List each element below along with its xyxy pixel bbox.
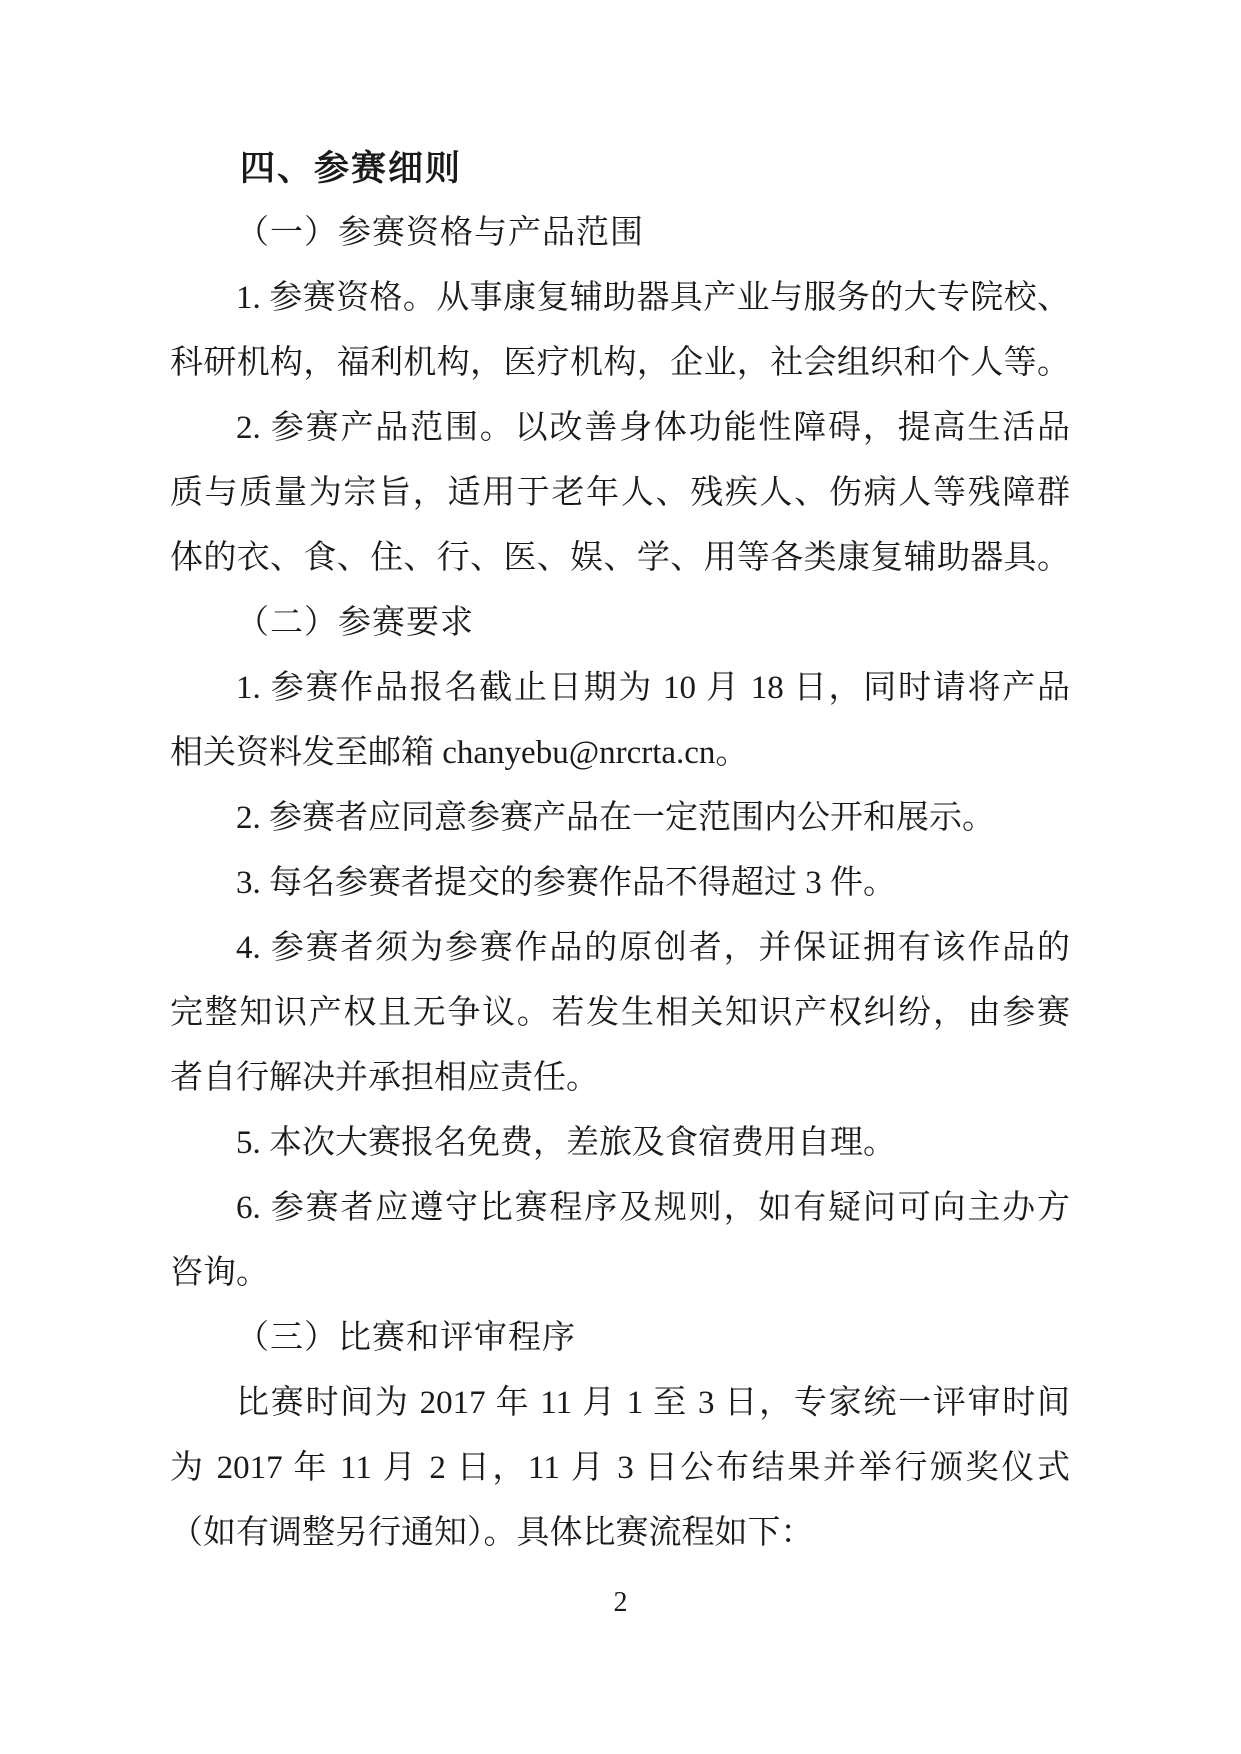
text-line: 完整知识产权且无争议。若发生相关知识产权纠纷，由参赛 [170,981,1070,1046]
text-line: 1. 参赛资格。从事康复辅助器具产业与服务的大专院校、 [170,266,1070,331]
subsection-heading: （一）参赛资格与产品范围 [170,201,1070,266]
text-line: 2. 参赛产品范围。以改善身体功能性障碍，提高生活品 [170,396,1070,461]
text-line: 4. 参赛者须为参赛作品的原创者，并保证拥有该作品的 [170,916,1070,981]
text-line: 咨询。 [170,1241,1070,1306]
text-line: （如有调整另行通知）。具体比赛流程如下： [170,1501,1070,1566]
text-line: 相关资料发至邮箱 chanyebu@nrcrta.cn。 [170,721,1070,786]
text-line: 科研机构，福利机构，医疗机构，企业，社会组织和个人等。 [170,331,1070,396]
text-line: 者自行解决并承担相应责任。 [170,1046,1070,1111]
text-line: 3. 每名参赛者提交的参赛作品不得超过 3 件。 [170,851,1070,916]
text-line: 比赛时间为 2017 年 11 月 1 至 3 日，专家统一评审时间 [170,1371,1070,1436]
text-line: 为 2017 年 11 月 2 日，11 月 3 日公布结果并举行颁奖仪式 [170,1436,1070,1501]
section-heading: 四、参赛细则 [170,136,1070,201]
text-line: 6. 参赛者应遵守比赛程序及规则，如有疑问可向主办方 [170,1176,1070,1241]
text-line: 质与质量为宗旨，适用于老年人、残疾人、伤病人等残障群 [170,461,1070,526]
document-body: 四、参赛细则（一）参赛资格与产品范围1. 参赛资格。从事康复辅助器具产业与服务的… [170,136,1070,1566]
subsection-heading: （二）参赛要求 [170,591,1070,656]
document-page: 四、参赛细则（一）参赛资格与产品范围1. 参赛资格。从事康复辅助器具产业与服务的… [0,0,1241,1754]
page-number: 2 [0,1583,1241,1623]
text-line: 5. 本次大赛报名免费，差旅及食宿费用自理。 [170,1111,1070,1176]
text-line: 体的衣、食、住、行、医、娱、学、用等各类康复辅助器具。 [170,526,1070,591]
text-line: 1. 参赛作品报名截止日期为 10 月 18 日，同时请将产品 [170,656,1070,721]
text-line: 2. 参赛者应同意参赛产品在一定范围内公开和展示。 [170,786,1070,851]
subsection-heading: （三）比赛和评审程序 [170,1306,1070,1371]
